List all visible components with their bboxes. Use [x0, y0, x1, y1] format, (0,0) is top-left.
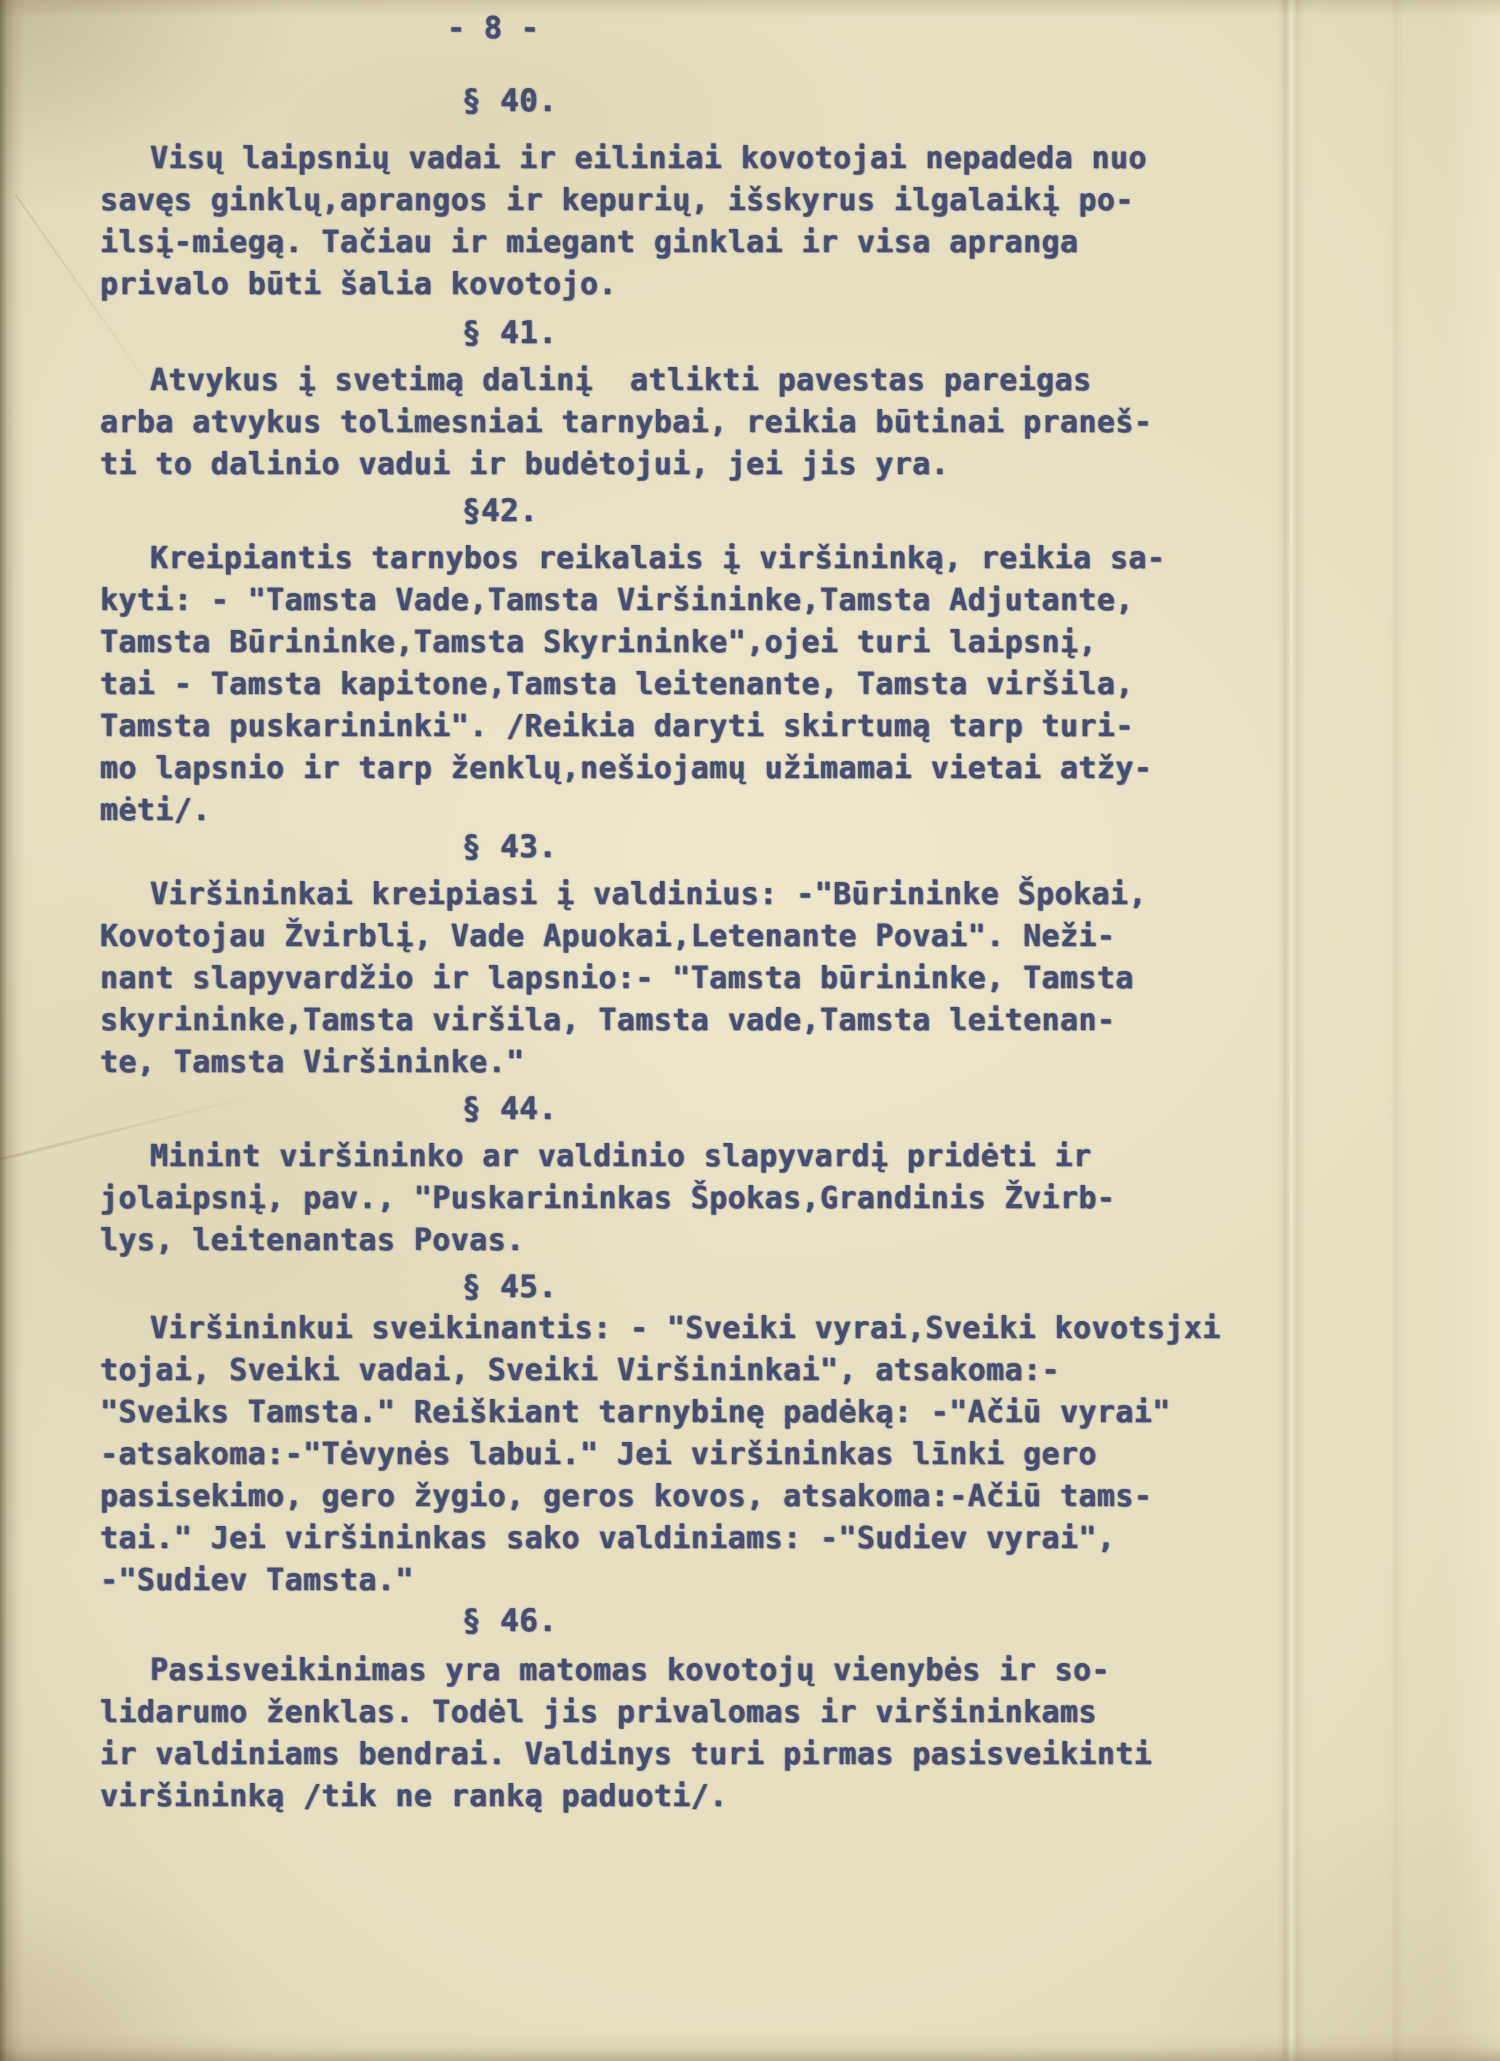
text-line: Pasisveikinimas yra matomas kovotojų vie… — [100, 1650, 1110, 1692]
text-line: arba atvykus tolimesniai tarnybai, reiki… — [100, 402, 1152, 444]
section-heading: § 41. — [462, 312, 557, 354]
section-heading: § 40. — [462, 80, 557, 122]
text-line: ti to dalinio vadui ir budėtojui, jei ji… — [100, 444, 949, 486]
text-line: privalo būti šalia kovotojo. — [100, 264, 617, 306]
text-line: tai." Jei viršininkas sako valdiniams: -… — [100, 1518, 1115, 1560]
text-line: Tamsta Būrininke,Tamsta Skyrininke",ojei… — [100, 622, 1097, 664]
text-line: viršininką /tik ne ranką paduoti/. — [100, 1776, 728, 1818]
section-heading: § 46. — [462, 1600, 557, 1642]
text-line: ilsį-miegą. Tačiau ir miegant ginklai ir… — [100, 222, 1078, 264]
text-line: pasisekimo, gero žygio, geros kovos, ats… — [100, 1476, 1152, 1518]
text-line: Tamsta puskarininki". /Reikia daryti ski… — [100, 706, 1134, 748]
text-line: skyrininke,Tamsta viršila, Tamsta vade,T… — [100, 1000, 1115, 1042]
text-line: mėti/. — [100, 790, 211, 832]
text-line: tojai, Sveiki vadai, Sveiki Viršininkai"… — [100, 1350, 1060, 1392]
text-line: Kreipiantis tarnybos reikalais į viršini… — [100, 538, 1165, 580]
text-line: tai - Tamsta kapitone,Tamsta leitenante,… — [100, 664, 1134, 706]
text-line: savęs ginklų,aprangos ir kepurių, išskyr… — [100, 180, 1134, 222]
text-line: -atsakoma:-"Tėvynės labui." Jei viršinin… — [100, 1434, 1097, 1476]
text-line: lys, leitenantas Povas. — [100, 1220, 525, 1262]
text-line: mo lapsnio ir tarp ženklų,nešiojamų užim… — [100, 748, 1152, 790]
text-line: lidarumo ženklas. Todėl jis privalomas i… — [100, 1692, 1097, 1734]
text-line: nant slapyvardžio ir lapsnio:- "Tamsta b… — [100, 958, 1134, 1000]
page-number: - 8 - — [447, 8, 539, 50]
text-line: ir valdiniams bendrai. Valdinys turi pir… — [100, 1734, 1152, 1776]
text-line: Viršininkui sveikinantis: - "Sveiki vyra… — [100, 1308, 1221, 1350]
text-line: kyti: - "Tamsta Vade,Tamsta Viršininke,T… — [100, 580, 1134, 622]
text-line: Viršininkai kreipiasi į valdinius: -"Būr… — [100, 874, 1147, 916]
text-line: Kovotojau Žvirblį, Vade Apuokai,Letenant… — [100, 916, 1115, 958]
text-line: Minint viršininko ar valdinio slapyvardį… — [100, 1136, 1092, 1178]
section-heading: § 43. — [462, 826, 557, 868]
text-line: te, Tamsta Viršininke." — [100, 1042, 525, 1084]
section-heading: §42. — [462, 490, 538, 532]
text-line: jolaipsnį, pav., "Puskarininkas Špokas,G… — [100, 1178, 1115, 1220]
text-line: Atvykus į svetimą dalinį atlikti pavesta… — [100, 360, 1092, 402]
document-page: - 8 - § 40.Visų laipsnių vadai ir eilini… — [0, 0, 1500, 2061]
text-line: -"Sudiev Tamsta." — [100, 1560, 414, 1602]
section-heading: § 45. — [462, 1266, 557, 1308]
text-line: "Sveiks Tamsta." Reiškiant tarnybinę pad… — [100, 1392, 1171, 1434]
text-line: Visų laipsnių vadai ir eiliniai kovotoja… — [100, 138, 1147, 180]
section-heading: § 44. — [462, 1088, 557, 1130]
